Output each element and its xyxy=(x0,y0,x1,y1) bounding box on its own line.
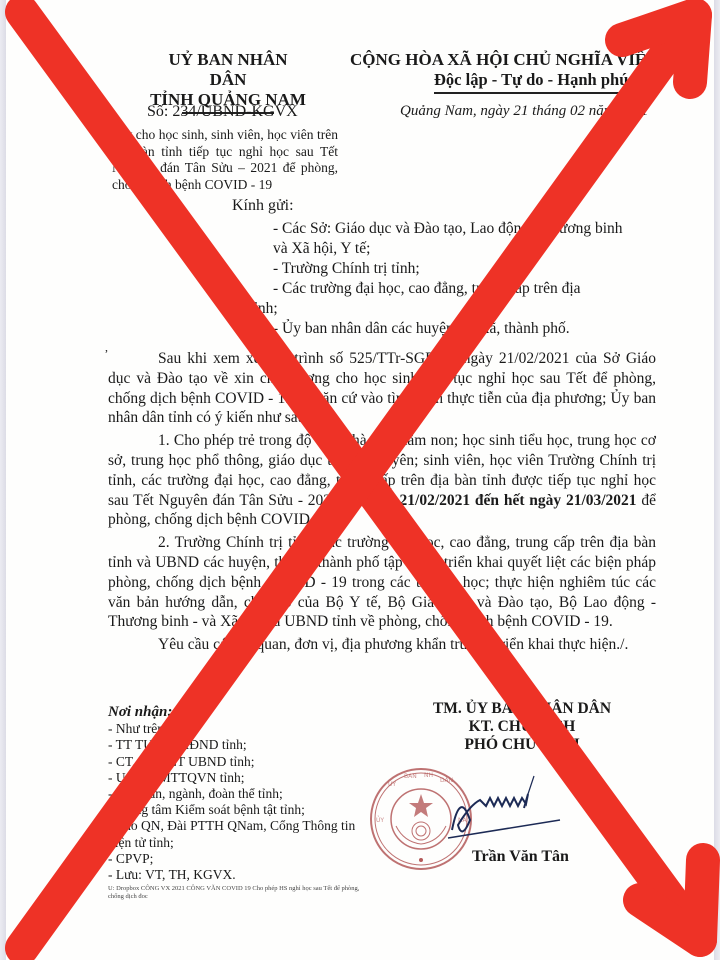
item-2-paragraph: 2. Trường Chính trị tỉnh, các trường đại… xyxy=(108,533,656,632)
addressee-item: - Ủy ban nhân dân các huyện, thị xã, thà… xyxy=(273,319,635,339)
addressee-list: - Các Sở: Giáo dục và Đào tạo, Lao động … xyxy=(273,219,635,339)
document-body: Sau khi xem xét Tờ trình số 525/TTr-SGDĐ… xyxy=(108,349,656,658)
recipient-item: - Báo QN, Đài PTTH QNam, Cổng Thông tin … xyxy=(108,818,368,850)
svg-text:BAN: BAN xyxy=(404,773,417,780)
recipient-item: - Như trên; xyxy=(108,721,368,737)
right-page-edge xyxy=(714,0,720,960)
addressee-item: - Các trường đại học, cao đẳng, trung cấ… xyxy=(273,279,635,299)
recipient-item: - Các Ban, ngành, đoàn thể tỉnh; xyxy=(108,786,368,802)
signer-name: Trần Văn Tân xyxy=(472,848,569,866)
file-path-footnote: U: Dropbox CÔNG VX 2021 CÔNG VĂN COVID 1… xyxy=(108,885,368,901)
signature-block: TM. ỦY BAN NHÂN DÂN KT. CHỦ TỊCH PHÓ CHỦ… xyxy=(402,700,642,754)
date-line: Quảng Nam, ngày 21 tháng 02 năm 2021 xyxy=(400,103,648,120)
recipient-item: - CT, các PCT UBND tỉnh; xyxy=(108,754,368,770)
recipient-item: - Trung tâm Kiểm soát bệnh tật tỉnh; xyxy=(108,802,368,818)
sign-line-1: TM. ỦY BAN NHÂN DÂN xyxy=(402,700,642,718)
national-motto: Độc lập - Tự do - Hạnh phúc xyxy=(350,70,720,90)
handwritten-signature-icon xyxy=(440,770,590,850)
recipient-item: - CPVP; xyxy=(108,851,368,867)
agency-line-1: UỶ BAN NHÂN DÂN xyxy=(148,50,308,90)
svg-text:ỦY: ỦY xyxy=(388,780,396,788)
sign-line-3: PHÓ CHỦ TỊCH xyxy=(402,736,642,754)
document-number: Số: 234/UBND-KGVX xyxy=(147,103,298,121)
republic-title: CỘNG HÒA XÃ HỘI CHỦ NGHĨA VIỆT NAM xyxy=(350,50,702,69)
svg-text:NH: NH xyxy=(424,772,433,779)
item-1-date-range: từ ngày 21/02/2021 đến hết ngày 21/03/20… xyxy=(344,492,637,509)
closing-paragraph: Yêu cầu các cơ quan, đơn vị, địa phương … xyxy=(108,635,656,655)
addressee-item: - Trường Chính trị tỉnh; xyxy=(273,259,635,279)
recipient-item: - Lưu: VT, TH, KGVX. xyxy=(108,867,368,883)
recipient-item: - Uỷ ban MTTQVN tỉnh; xyxy=(108,770,368,786)
intro-paragraph: Sau khi xem xét Tờ trình số 525/TTr-SGDĐ… xyxy=(108,349,656,428)
recipient-item: - TT TU; TT HĐND tỉnh; xyxy=(108,737,368,753)
addressee-item: bàn tỉnh; xyxy=(223,299,635,319)
recipients-title: Nơi nhận: xyxy=(108,704,368,720)
national-heading: CỘNG HÒA XÃ HỘI CHỦ NGHĨA VIỆT NAM Độc l… xyxy=(350,50,720,94)
addressee-item: - Các Sở: Giáo dục và Đào tạo, Lao động … xyxy=(273,219,635,259)
svg-text:ỦY: ỦY xyxy=(376,816,384,824)
item-1-paragraph: 1. Cho phép trẻ trong độ tuổi nhà trẻ, m… xyxy=(108,431,656,530)
recipients-block: Nơi nhận: - Như trên; - TT TU; TT HĐND t… xyxy=(108,704,368,901)
addressee-label: Kính gửi: xyxy=(232,197,294,215)
motto-underline xyxy=(434,92,620,94)
document-subject: V/v cho học sinh, sinh viên, học viên tr… xyxy=(112,127,338,193)
sign-line-2: KT. CHỦ TỊCH xyxy=(402,718,642,736)
